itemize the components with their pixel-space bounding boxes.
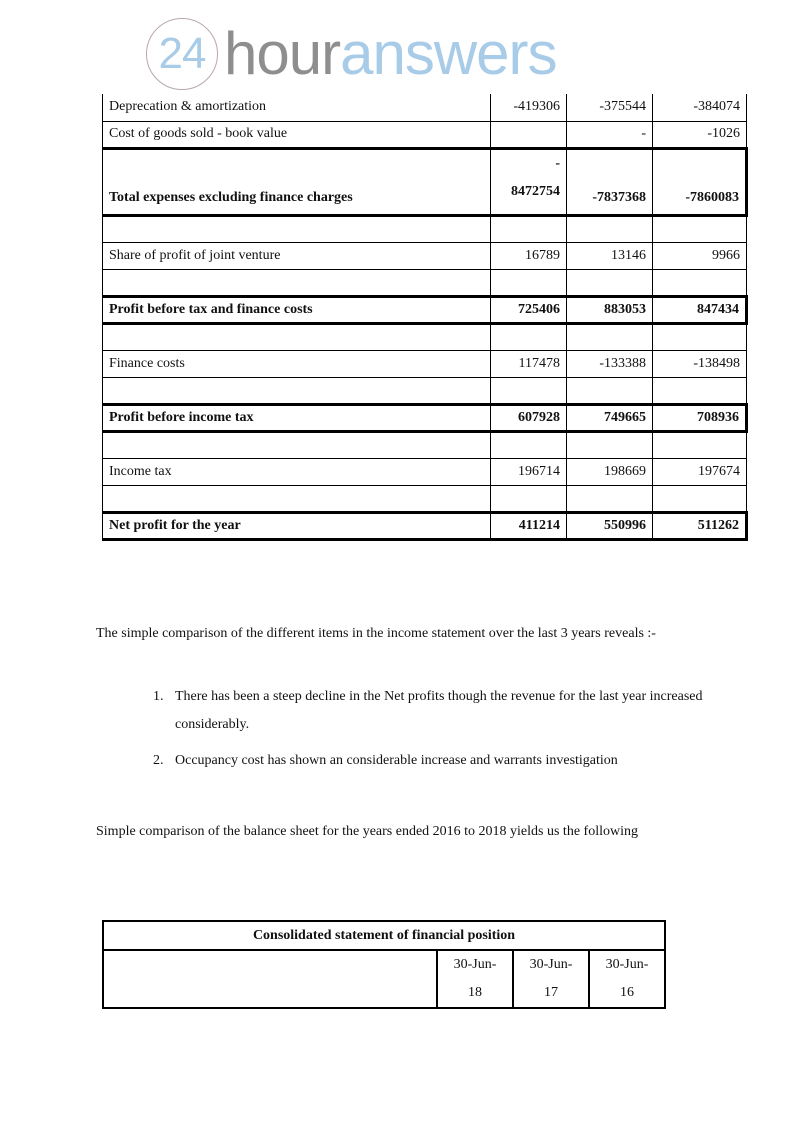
value-cell-year-2: 13146 bbox=[567, 242, 653, 269]
value-cell-year-3 bbox=[653, 431, 747, 458]
balance-comparison-paragraph: Simple comparison of the balance sheet f… bbox=[96, 818, 696, 846]
spacer-row bbox=[103, 431, 747, 458]
row-label: Finance costs bbox=[103, 350, 491, 377]
table-row: Profit before income tax6079287496657089… bbox=[103, 404, 747, 431]
value-cell-year-3: -1026 bbox=[653, 121, 747, 148]
value-cell-year-1 bbox=[491, 377, 567, 404]
logo-circle-24: 24 bbox=[146, 18, 218, 90]
table-row: Cost of goods sold - book value--1026 bbox=[103, 121, 747, 148]
value-cell-year-1: 196714 bbox=[491, 458, 567, 485]
table-row: Finance costs117478-133388-138498 bbox=[103, 350, 747, 377]
table-row: Share of profit of joint venture16789131… bbox=[103, 242, 747, 269]
date-line: 30-Jun- bbox=[590, 951, 664, 979]
findings-list: There has been a steep decline in the Ne… bbox=[96, 683, 757, 783]
value-cell-year-1: 117478 bbox=[491, 350, 567, 377]
value-cell-year-3 bbox=[653, 377, 747, 404]
value-cell-year-3 bbox=[653, 269, 747, 296]
value-cell-year-3: 197674 bbox=[653, 458, 747, 485]
row-label bbox=[103, 215, 491, 242]
value-cell-year-3 bbox=[653, 215, 747, 242]
value-cell-year-2: 883053 bbox=[567, 296, 653, 323]
row-label: Income tax bbox=[103, 458, 491, 485]
financial-position-table: Consolidated statement of financial posi… bbox=[102, 920, 666, 1009]
date-header-2016: 30-Jun- 16 bbox=[589, 950, 665, 1008]
spacer-row bbox=[103, 485, 747, 512]
financial-position-title: Consolidated statement of financial posi… bbox=[103, 921, 665, 950]
date-header-2017: 30-Jun- 17 bbox=[513, 950, 589, 1008]
row-label: Profit before tax and finance costs bbox=[103, 296, 491, 323]
value-line: 8472754 bbox=[497, 178, 560, 206]
value-cell-year-1 bbox=[491, 431, 567, 458]
row-label bbox=[103, 269, 491, 296]
row-label bbox=[103, 485, 491, 512]
value-cell-year-2 bbox=[567, 485, 653, 512]
value-cell-year-1: 607928 bbox=[491, 404, 567, 431]
spacer-row bbox=[103, 377, 747, 404]
value-cell-year-1 bbox=[491, 215, 567, 242]
value-cell-year-2: 198669 bbox=[567, 458, 653, 485]
spacer-row bbox=[103, 269, 747, 296]
value-cell-year-2: -375544 bbox=[567, 94, 653, 121]
value-cell-year-2 bbox=[567, 215, 653, 242]
value-cell-year-3 bbox=[653, 323, 747, 350]
row-label: Profit before income tax bbox=[103, 404, 491, 431]
value-cell-year-3: 708936 bbox=[653, 404, 747, 431]
value-cell-year-3: -7860083 bbox=[653, 148, 747, 215]
table-row: Total expenses excluding finance charges… bbox=[103, 148, 747, 215]
value-cell-year-3: 847434 bbox=[653, 296, 747, 323]
value-cell-year-3: -138498 bbox=[653, 350, 747, 377]
date-line: 16 bbox=[590, 979, 664, 1007]
table-row: Profit before tax and finance costs72540… bbox=[103, 296, 747, 323]
table-row: Net profit for the year41121455099651126… bbox=[103, 512, 747, 539]
value-cell-year-2: 749665 bbox=[567, 404, 653, 431]
value-cell-year-2: - bbox=[567, 121, 653, 148]
row-label: Net profit for the year bbox=[103, 512, 491, 539]
value-cell-year-1 bbox=[491, 121, 567, 148]
value-cell-year-3: 9966 bbox=[653, 242, 747, 269]
value-cell-year-1: -8472754 bbox=[491, 148, 567, 215]
value-cell-year-1 bbox=[491, 323, 567, 350]
table-row: Deprecation & amortization-419306-375544… bbox=[103, 94, 747, 121]
brand-logo: 24 houranswers bbox=[146, 14, 557, 94]
value-cell-year-2: -7837368 bbox=[567, 148, 653, 215]
value-line: - bbox=[497, 150, 560, 178]
row-label bbox=[103, 431, 491, 458]
value-cell-year-2 bbox=[567, 431, 653, 458]
row-label: Deprecation & amortization bbox=[103, 94, 491, 121]
value-cell-year-2 bbox=[567, 377, 653, 404]
value-cell-year-3: 511262 bbox=[653, 512, 747, 539]
row-label: Share of profit of joint venture bbox=[103, 242, 491, 269]
logo-word-hour: hour bbox=[224, 24, 340, 84]
income-comparison-paragraph: The simple comparison of the different i… bbox=[96, 620, 696, 648]
value-cell-year-1: 16789 bbox=[491, 242, 567, 269]
income-statement-table: Deprecation & amortization-419306-375544… bbox=[102, 94, 748, 541]
row-label bbox=[103, 377, 491, 404]
row-label bbox=[103, 323, 491, 350]
value-cell-year-1 bbox=[491, 485, 567, 512]
spacer-row bbox=[103, 323, 747, 350]
date-line: 30-Jun- bbox=[438, 951, 512, 979]
row-label: Cost of goods sold - book value bbox=[103, 121, 491, 148]
table-row: Income tax196714198669197674 bbox=[103, 458, 747, 485]
row-label: Total expenses excluding finance charges bbox=[103, 148, 491, 215]
date-line: 30-Jun- bbox=[514, 951, 588, 979]
spacer-row bbox=[103, 215, 747, 242]
logo-word-answers: answers bbox=[340, 24, 556, 84]
value-cell-year-2 bbox=[567, 323, 653, 350]
value-cell-year-1: 725406 bbox=[491, 296, 567, 323]
value-cell-year-2: -133388 bbox=[567, 350, 653, 377]
date-line: 17 bbox=[514, 979, 588, 1007]
finding-item: Occupancy cost has shown an considerable… bbox=[167, 747, 757, 775]
value-cell-year-1: -419306 bbox=[491, 94, 567, 121]
finding-item: There has been a steep decline in the Ne… bbox=[167, 683, 757, 739]
date-header-2018: 30-Jun- 18 bbox=[437, 950, 513, 1008]
date-line: 18 bbox=[438, 979, 512, 1007]
value-cell-year-3: -384074 bbox=[653, 94, 747, 121]
value-cell-year-2: 550996 bbox=[567, 512, 653, 539]
value-cell-year-1 bbox=[491, 269, 567, 296]
value-cell-year-1: 411214 bbox=[491, 512, 567, 539]
value-cell-year-2 bbox=[567, 269, 653, 296]
value-cell-year-3 bbox=[653, 485, 747, 512]
label-header-cell bbox=[103, 950, 437, 1008]
